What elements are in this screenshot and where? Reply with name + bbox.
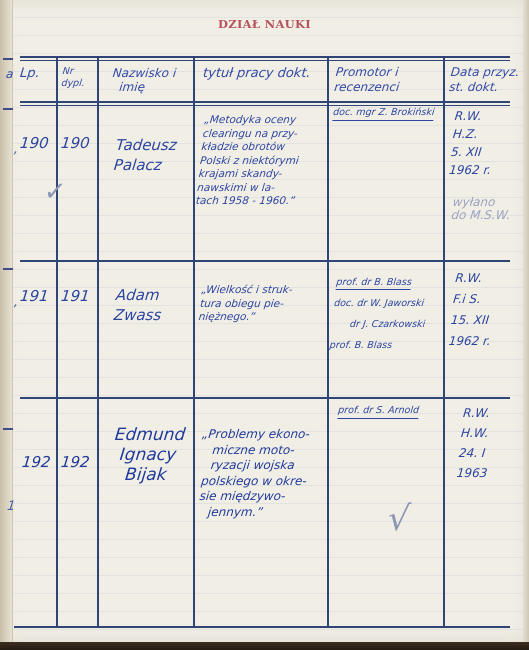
row-name: Edmund Ignacy Bijak (105, 425, 191, 485)
date-line: 24. I (458, 443, 491, 463)
row-divider (20, 397, 510, 399)
title-line: polskiego w okre- (196, 474, 307, 490)
header-bottom-rule (20, 101, 510, 103)
row-lp: 192 (21, 452, 52, 472)
margin-comma-mark: , (13, 296, 19, 311)
title-line: tura obiegu pie- (199, 298, 292, 312)
title-line: niężnego.” (198, 311, 291, 325)
margin-mark (3, 268, 13, 270)
reviewer: dr J. Czarkowski (331, 314, 427, 335)
row-name: Tadeusz Palacz (113, 135, 178, 175)
margin-letter: a (5, 68, 14, 80)
section-title: DZIAŁ NAUKI (0, 17, 529, 31)
date-line: R.W. (462, 403, 495, 423)
title-line: kładzie obrotów (201, 141, 301, 155)
first-name: Adam (115, 285, 164, 305)
title-line: clearingu na przy- (202, 128, 302, 142)
pencil-note-line: do M.S.W. (451, 209, 511, 222)
table-top-rule (20, 56, 510, 58)
title-line: ryzacji wojska (198, 458, 309, 474)
date-line: 1962 r. (448, 161, 492, 179)
last-name: Zwass (113, 305, 162, 325)
header-text: recenzenci (333, 80, 400, 95)
title-line: „Problemy ekono- (201, 427, 312, 443)
date-line: 1963 (456, 463, 489, 483)
header-text: Nr (62, 66, 87, 78)
row-nr-dypl: 192 (60, 452, 91, 472)
date-line: 15. XII (450, 310, 494, 331)
date-line: R.W. (454, 107, 498, 125)
title-line: krajami skandy- (198, 168, 298, 182)
title-line: „Metodyka oceny (204, 114, 304, 128)
header-bottom-rule (20, 105, 510, 106)
title-line: „Wielkość i struk- (201, 284, 294, 298)
table-bottom-rule (14, 626, 510, 628)
date-line: R.W. (454, 268, 498, 289)
header-name: Nazwisko i imię (111, 66, 177, 94)
header-title: tytuł pracy dokt. (202, 68, 311, 80)
check-mark-icon: √ (386, 500, 412, 539)
first-name: Tadeusz (115, 135, 178, 155)
title-line: sie międzywo- (195, 489, 306, 505)
row-date: R.W. F.i S. 15. XII 1962 r. (448, 268, 499, 352)
last-name: Bijak (105, 465, 187, 485)
row-date: R.W. H.W. 24. I 1963 (456, 403, 495, 483)
reviewer: doc. dr W. Jaworski (333, 293, 429, 314)
promoter: doc. mgr Z. Brokiński (332, 107, 435, 121)
date-line: H.Z. (452, 125, 496, 143)
header-date: Data przyz. st. dokt. (448, 65, 520, 95)
column-divider (97, 56, 99, 627)
title-line: tach 1958 - 1960.” (195, 195, 295, 209)
row-promoters: doc. mgr Z. Brokiński (332, 107, 435, 121)
row-promoters: prof. dr S. Arnold (337, 405, 419, 419)
header-text: st. dokt. (448, 80, 518, 95)
header-text: imię (111, 80, 176, 94)
row-thesis-title: „Metodyka oceny clearingu na przy- kładz… (195, 114, 304, 209)
page-edge (523, 0, 529, 642)
margin-mark (3, 108, 13, 110)
margin-comma-mark: , (13, 143, 19, 158)
row-lp: 191 (19, 288, 49, 305)
header-lp: Lp. (19, 68, 40, 80)
row-divider (20, 260, 510, 262)
promoter: prof. dr S. Arnold (337, 405, 419, 419)
check-mark-icon: ✓ (42, 178, 67, 208)
row-name: Adam Zwass (113, 285, 165, 325)
date-line: 5. XII (450, 143, 494, 161)
header-text: Data przyz. (450, 65, 520, 80)
ledger-page: DZIAŁ NAUKI a Lp. Nr dypl. Nazwisko i im… (0, 0, 529, 642)
page-bottom-edge (0, 642, 529, 650)
row-promoters: prof. dr B. Blass doc. dr W. Jaworski dr… (329, 272, 431, 356)
row-nr-dypl: 190 (60, 135, 90, 152)
row-thesis-title: „Problemy ekono- miczne moto- ryzacji wo… (193, 427, 312, 520)
date-line: F.i S. (452, 289, 496, 310)
reviewer: prof. B. Blass (329, 335, 425, 356)
row-date: R.W. H.Z. 5. XII 1962 r. (448, 107, 498, 179)
first-name: Edmund (109, 425, 191, 445)
header-nr-dypl: Nr dypl. (61, 66, 87, 90)
title-line: nawskimi w la- (196, 182, 296, 196)
title-line: Polski z niektórymi (199, 155, 299, 169)
row-thesis-title: „Wielkość i struk- tura obiegu pie- nięż… (198, 284, 293, 325)
middle-name: Ignacy (107, 445, 189, 465)
column-divider (443, 56, 445, 627)
header-text: Nazwisko i (112, 66, 177, 80)
last-name: Palacz (113, 155, 176, 175)
date-line: 1962 r. (448, 331, 492, 352)
margin-mark (3, 428, 13, 430)
page-binding (0, 0, 13, 642)
column-divider (193, 56, 195, 627)
row-lp: 190 (19, 135, 49, 152)
header-text: dypl. (61, 78, 86, 90)
title-line: jennym.” (193, 505, 304, 521)
date-line: H.W. (460, 423, 493, 443)
header-promoter: Promotor i recenzenci (333, 65, 401, 95)
header-text: Promotor i (335, 65, 402, 80)
promoter: prof. dr B. Blass (336, 277, 413, 290)
pencil-note: wyłano do M.S.W. (451, 196, 513, 222)
margin-mark: 1 (6, 500, 16, 515)
margin-mark (3, 58, 13, 60)
column-divider (327, 56, 329, 627)
row-nr-dypl: 191 (60, 288, 90, 305)
table-top-rule (20, 60, 510, 61)
title-line: miczne moto- (200, 443, 311, 459)
column-divider (56, 56, 58, 627)
